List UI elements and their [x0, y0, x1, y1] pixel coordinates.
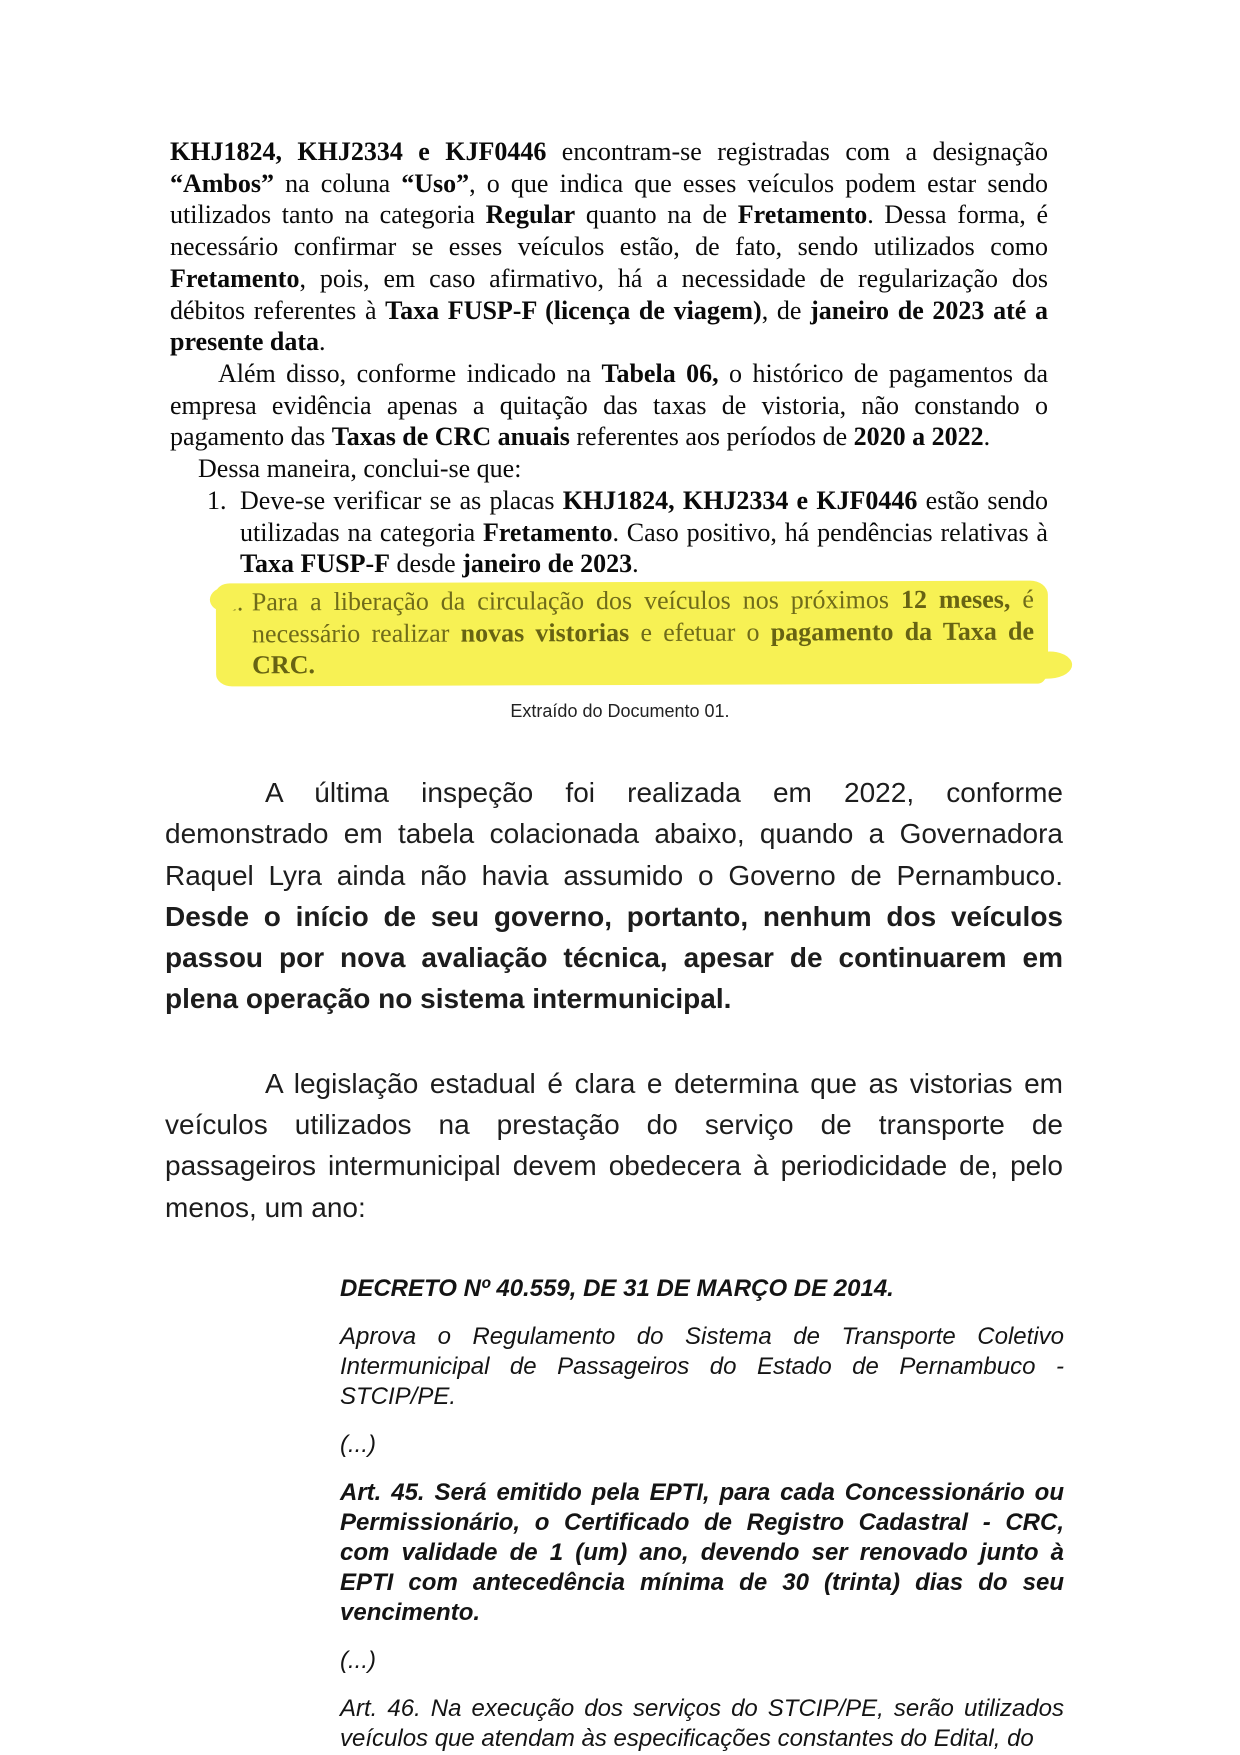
extract-quote-block: KHJ1824, KHJ2334 e KJF0446 encontram-se … — [170, 136, 1048, 685]
list-number: 2. — [224, 586, 252, 681]
decree-ellipsis-1: (...) — [340, 1430, 1064, 1460]
decree-article-46: Art. 46. Na execução dos serviços do STC… — [340, 1694, 1064, 1754]
extract-paragraph-2: Além disso, conforme indicado na Tabela … — [170, 358, 1048, 453]
extract-caption: Extraído do Documento 01. — [0, 701, 1240, 722]
list-item-text: Para a liberação da circulação dos veícu… — [252, 584, 1034, 682]
extract-paragraph-3: Dessa maneira, conclui-se que: — [170, 453, 1048, 485]
decree-quote-block: DECRETO Nº 40.559, DE 31 DE MARÇO DE 201… — [340, 1274, 1064, 1754]
list-number: 1. — [207, 485, 240, 580]
list-item-text: Deve-se verificar se as placas KHJ1824, … — [240, 485, 1048, 580]
main-body-text: A última inspeção foi realizada em 2022,… — [165, 772, 1063, 1228]
decree-title: DECRETO Nº 40.559, DE 31 DE MARÇO DE 201… — [340, 1274, 1064, 1304]
body-paragraph-2: A legislação estadual é clara e determin… — [165, 1063, 1063, 1228]
decree-summary: Aprova o Regulamento do Sistema de Trans… — [340, 1322, 1064, 1412]
decree-ellipsis-2: (...) — [340, 1646, 1064, 1676]
conclusion-item-1: 1. Deve-se verificar se as placas KHJ182… — [207, 485, 1048, 580]
document-page: KHJ1824, KHJ2334 e KJF0446 encontram-se … — [0, 0, 1240, 1755]
extract-paragraph-1: KHJ1824, KHJ2334 e KJF0446 encontram-se … — [170, 136, 1048, 358]
body-paragraph-1: A última inspeção foi realizada em 2022,… — [165, 772, 1063, 1019]
conclusion-item-2-highlighted: 2. Para a liberação da circulação dos ve… — [216, 581, 1048, 687]
decree-article-45: Art. 45. Será emitido pela EPTI, para ca… — [340, 1478, 1064, 1628]
